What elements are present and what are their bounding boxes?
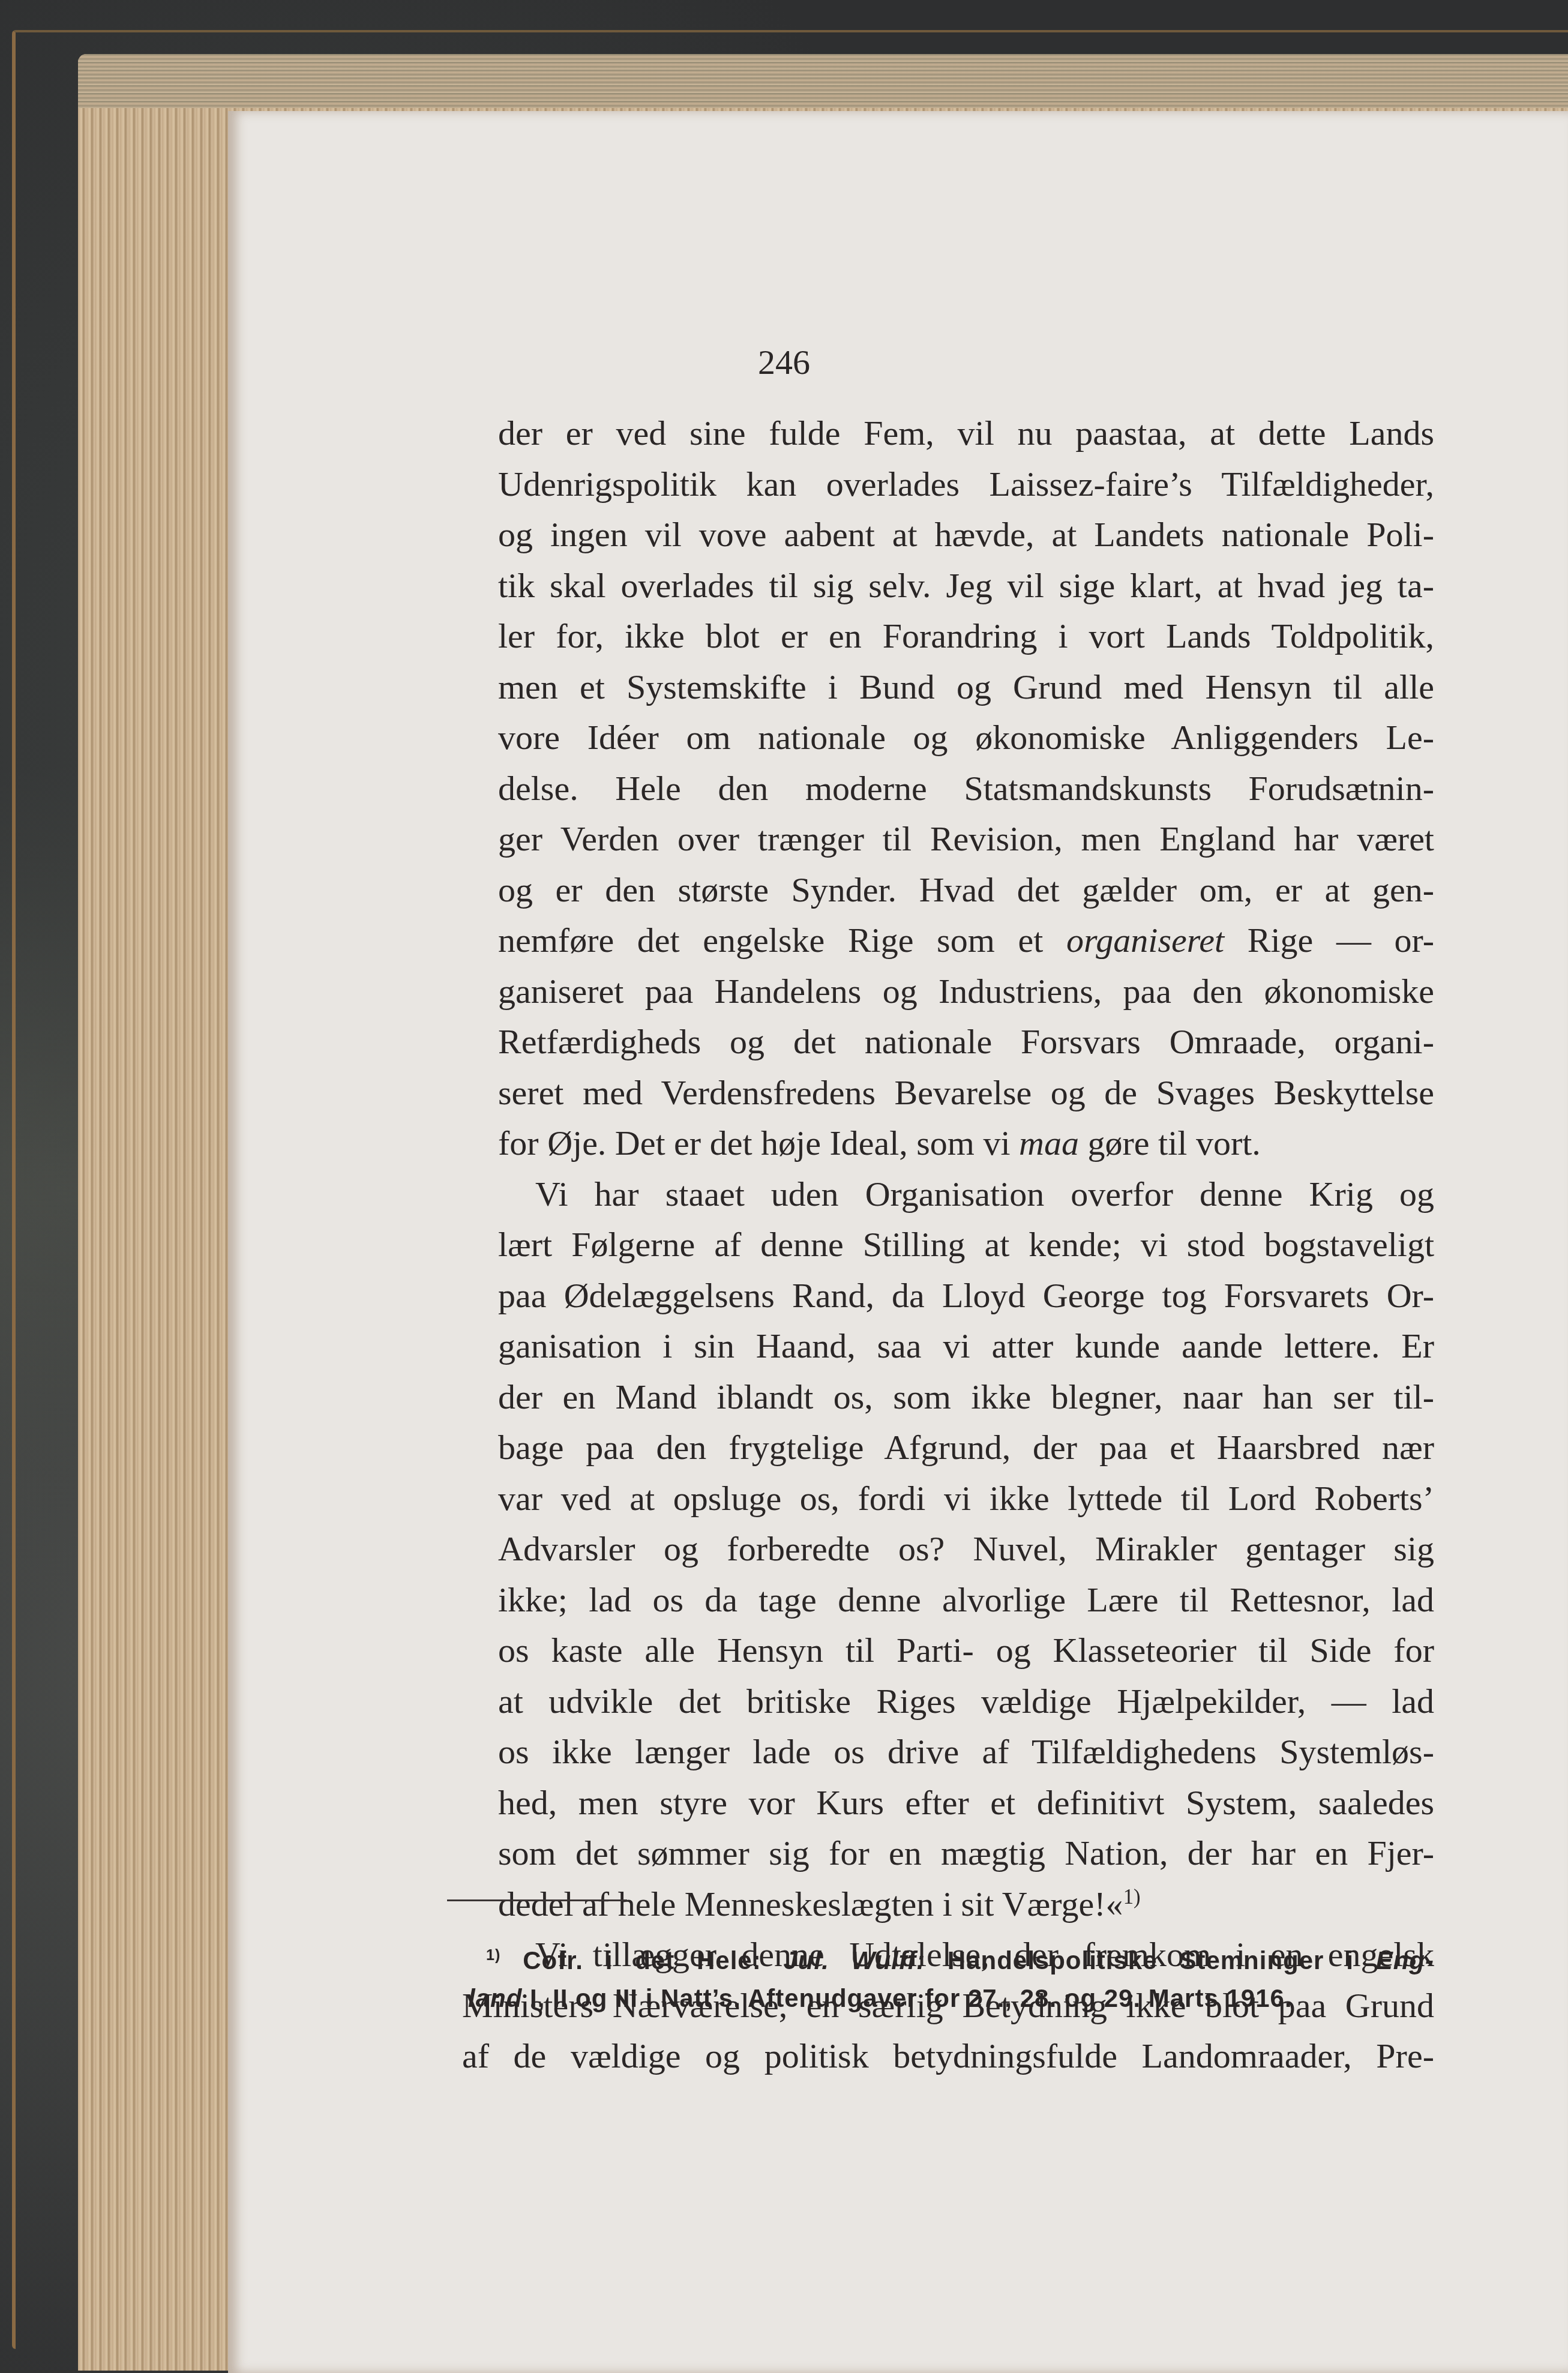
text-segment: nemføre det engelske Rige som et: [498, 921, 1066, 960]
text-line: Retfærdigheds og det nationale Forsvars …: [498, 1017, 1434, 1068]
text-line: hed, men styre vor Kurs efter et definit…: [498, 1778, 1434, 1829]
text-line: men et Systemskifte i Bund og Grund med …: [498, 662, 1434, 713]
page-number: 246: [0, 342, 1568, 382]
text-segment: Cofr. i det Hele:: [500, 1946, 783, 1974]
text-line: ganisation i sin Haand, saa vi atter kun…: [498, 1321, 1434, 1372]
footnote-line: land I, II og III i Natt’s. Aftenudgaver…: [468, 1979, 1434, 2017]
text-line: dedel af hele Menneskeslægten i sit Værg…: [498, 1879, 1434, 1930]
text-segment: Rige — or-: [1224, 921, 1434, 960]
footnote-reference[interactable]: 1): [1123, 1884, 1141, 1908]
italic-text: organiseret: [1066, 921, 1224, 960]
text-line: der er ved sine fulde Fem, vil nu paasta…: [498, 408, 1434, 459]
text-line: vore Idéer om nationale og økonomiske An…: [498, 712, 1434, 763]
text-line: af de vældige og politisk betydningsfuld…: [462, 2031, 1434, 2082]
page-edges-top: [78, 54, 1568, 108]
text-segment: I, II og III i Natt’s. Aftenudgaver for …: [522, 1984, 1292, 2012]
italic-text: Eng-: [1376, 1946, 1434, 1974]
text-line: bage paa den frygtelige Afgrund, der paa…: [498, 1422, 1434, 1473]
body-text: der er ved sine fulde Fem, vil nu paasta…: [498, 408, 1434, 2082]
text-line: delse. Hele den moderne Statsmandskunsts…: [498, 763, 1434, 814]
text-line: tik skal overlades til sig selv. Jeg vil…: [498, 561, 1434, 612]
text-line: lært Følgerne af denne Stilling at kende…: [498, 1220, 1434, 1271]
text-segment: dedel af hele Menneskeslægten i sit Værg…: [498, 1884, 1123, 1923]
text-line: os kaste alle Hensyn til Parti- og Klass…: [498, 1625, 1434, 1676]
text-line: Advarsler og forberedte os? Nuvel, Mirak…: [498, 1524, 1434, 1575]
footnote-marker: 1): [486, 1947, 500, 1964]
footnote-divider: [447, 1899, 627, 1901]
text-line: der en Mand iblandt os, som ikke blegner…: [498, 1372, 1434, 1423]
text-line: os ikke længer lade os drive af Tilfældi…: [498, 1727, 1434, 1778]
text-segment: gøre til vort.: [1079, 1123, 1261, 1162]
text-segment: for Øje. Det er det høje Ideal, som vi: [498, 1123, 1019, 1162]
text-line: Vi har staaet uden Organisation overfor …: [498, 1169, 1434, 1220]
text-line: paa Ødelæggelsens Rand, da Lloyd George …: [498, 1271, 1434, 1322]
italic-text: land: [468, 1984, 522, 2012]
text-line: ikke; lad os da tage denne alvorlige Lær…: [498, 1575, 1434, 1626]
text-line: ger Verden over trænger til Revision, me…: [498, 814, 1434, 865]
footnote: 1) Cofr. i det Hele: Jul. Wulff: Handels…: [486, 1941, 1434, 2017]
text-line: var ved at opsluge os, fordi vi ikke lyt…: [498, 1473, 1434, 1524]
text-line: nemføre det engelske Rige som et organis…: [498, 915, 1434, 966]
text-line: for Øje. Det er det høje Ideal, som vi m…: [498, 1118, 1434, 1169]
text-line: at udvikle det britiske Riges vældige Hj…: [498, 1676, 1434, 1727]
text-line: ler for, ikke blot er en Forandring i vo…: [498, 611, 1434, 662]
italic-text: maa: [1019, 1123, 1079, 1162]
text-line: og er den største Synder. Hvad det gælde…: [498, 865, 1434, 916]
text-line: og ingen vil vove aabent at hævde, at La…: [498, 510, 1434, 561]
text-line: Udenrigspolitik kan overlades Laissez-fa…: [498, 459, 1434, 510]
text-line: som det sømmer sig for en mægtig Nation,…: [498, 1828, 1434, 1879]
italic-text: Jul. Wulff:: [783, 1946, 925, 1974]
text-segment: Handelspolitiske Stemninger i: [925, 1946, 1376, 1974]
text-line: ganiseret paa Handelens og Industriens, …: [498, 966, 1434, 1017]
footnote-line: 1) Cofr. i det Hele: Jul. Wulff: Handels…: [486, 1941, 1434, 1979]
text-line: seret med Verdensfredens Bevarelse og de…: [498, 1068, 1434, 1119]
